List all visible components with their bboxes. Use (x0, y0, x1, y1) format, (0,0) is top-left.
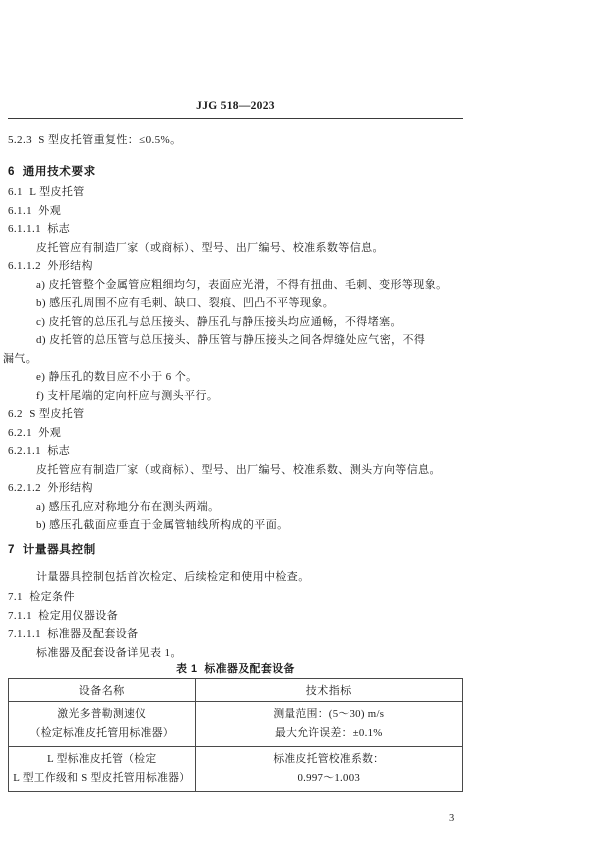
paragraph-table-reference: 标准器及配套设备详见表 1。 (8, 644, 463, 663)
cell-line: L 型标准皮托管（检定 (11, 750, 193, 769)
table-header-technical-spec: 技术指标 (195, 679, 462, 702)
item-a-l-type: a) 皮托管整个金属管应粗细均匀，表面应光滑，不得有扭曲、毛刺、变形等现象。 (8, 276, 463, 295)
table-row-laser-velocimeter: 激光多普勒测速仪 （检定标准皮托管用标准器） 测量范围：(5～30) m/s 最… (9, 702, 463, 747)
clause-6-1: 6.1 L 型皮托管 (8, 183, 463, 202)
cell-line: 测量范围：(5～30) m/s (198, 705, 460, 724)
chapter-7-heading: 7 计量器具控制 (8, 541, 463, 560)
page-content: JJG 518—2023 5.2.3 S 型皮托管重复性：≤0.5%。 6 通用… (8, 0, 463, 792)
paragraph-control-intro: 计量器具控制包括首次检定、后续检定和使用中检查。 (8, 568, 463, 587)
paragraph-marking-info-l: 皮托管应有制造厂家（或商标）、型号、出厂编号、校准系数等信息。 (8, 239, 463, 258)
clause-7-1-1-1: 7.1.1.1 标准器及配套设备 (8, 625, 463, 644)
cell-line: 最大允许误差：±0.1% (198, 724, 460, 743)
table-header-row: 设备名称 技术指标 (9, 679, 463, 702)
item-b-l-type: b) 感压孔周围不应有毛刺、缺口、裂痕、凹凸不平等现象。 (8, 294, 463, 313)
cell-technical-spec-1: 测量范围：(5～30) m/s 最大允许误差：±0.1% (195, 702, 462, 747)
clause-6-1-1-2: 6.1.1.2 外形结构 (8, 257, 463, 276)
cell-line: （检定标准皮托管用标准器） (11, 724, 193, 743)
item-f-l-type: f) 支杆尾端的定向杆应与测头平行。 (8, 387, 463, 406)
cell-line: 激光多普勒测速仪 (11, 705, 193, 724)
clause-7-1: 7.1 检定条件 (8, 588, 463, 607)
page-number: 3 (449, 813, 454, 824)
cell-technical-spec-2: 标准皮托管校准系数： 0.997～1.003 (195, 747, 462, 792)
clause-6-2-1-2: 6.2.1.2 外形结构 (8, 479, 463, 498)
cell-line: L 型工作级和 S 型皮托管用标准器） (11, 769, 193, 788)
clause-5-2-3: 5.2.3 S 型皮托管重复性：≤0.5%。 (8, 131, 463, 150)
item-e-l-type: e) 静压孔的数目应不小于 6 个。 (8, 368, 463, 387)
cell-line: 0.997～1.003 (198, 769, 460, 788)
standards-equipment-table: 设备名称 技术指标 激光多普勒测速仪 （检定标准皮托管用标准器） 测量范围：(5… (8, 678, 463, 792)
document-page: JJG 518—2023 5.2.3 S 型皮托管重复性：≤0.5%。 6 通用… (0, 0, 595, 842)
cell-equipment-name-2: L 型标准皮托管（检定 L 型工作级和 S 型皮托管用标准器） (9, 747, 196, 792)
item-b-s-type: b) 感压孔截面应垂直于金属管轴线所构成的平面。 (8, 516, 463, 535)
cell-line: 标准皮托管校准系数： (198, 750, 460, 769)
item-d-continuation: 漏气。 (3, 350, 463, 369)
clause-6-1-1-1: 6.1.1.1 标志 (8, 220, 463, 239)
clause-6-2-1: 6.2.1 外观 (8, 424, 463, 443)
header-rule (8, 118, 463, 119)
clause-6-2: 6.2 S 型皮托管 (8, 405, 463, 424)
item-a-s-type: a) 感压孔应对称地分布在测头两端。 (8, 498, 463, 517)
table-header-equipment-name: 设备名称 (9, 679, 196, 702)
paragraph-marking-info-s: 皮托管应有制造厂家（或商标）、型号、出厂编号、校准系数、测头方向等信息。 (8, 461, 463, 480)
table-row-standard-pitot: L 型标准皮托管（检定 L 型工作级和 S 型皮托管用标准器） 标准皮托管校准系… (9, 747, 463, 792)
item-c-l-type: c) 皮托管的总压孔与总压接头、静压孔与静压接头均应通畅，不得堵塞。 (8, 313, 463, 332)
clause-6-1-1: 6.1.1 外观 (8, 202, 463, 221)
clause-7-1-1: 7.1.1 检定用仪器设备 (8, 607, 463, 626)
item-d-l-type: d) 皮托管的总压管与总压接头、静压管与静压接头之间各焊缝处应气密，不得 (8, 331, 463, 350)
cell-equipment-name-1: 激光多普勒测速仪 （检定标准皮托管用标准器） (9, 702, 196, 747)
table-1-caption: 表 1 标准器及配套设备 (8, 663, 463, 676)
running-head-doc-number: JJG 518—2023 (8, 100, 463, 113)
clause-6-2-1-1: 6.2.1.1 标志 (8, 442, 463, 461)
chapter-6-heading: 6 通用技术要求 (8, 163, 463, 182)
